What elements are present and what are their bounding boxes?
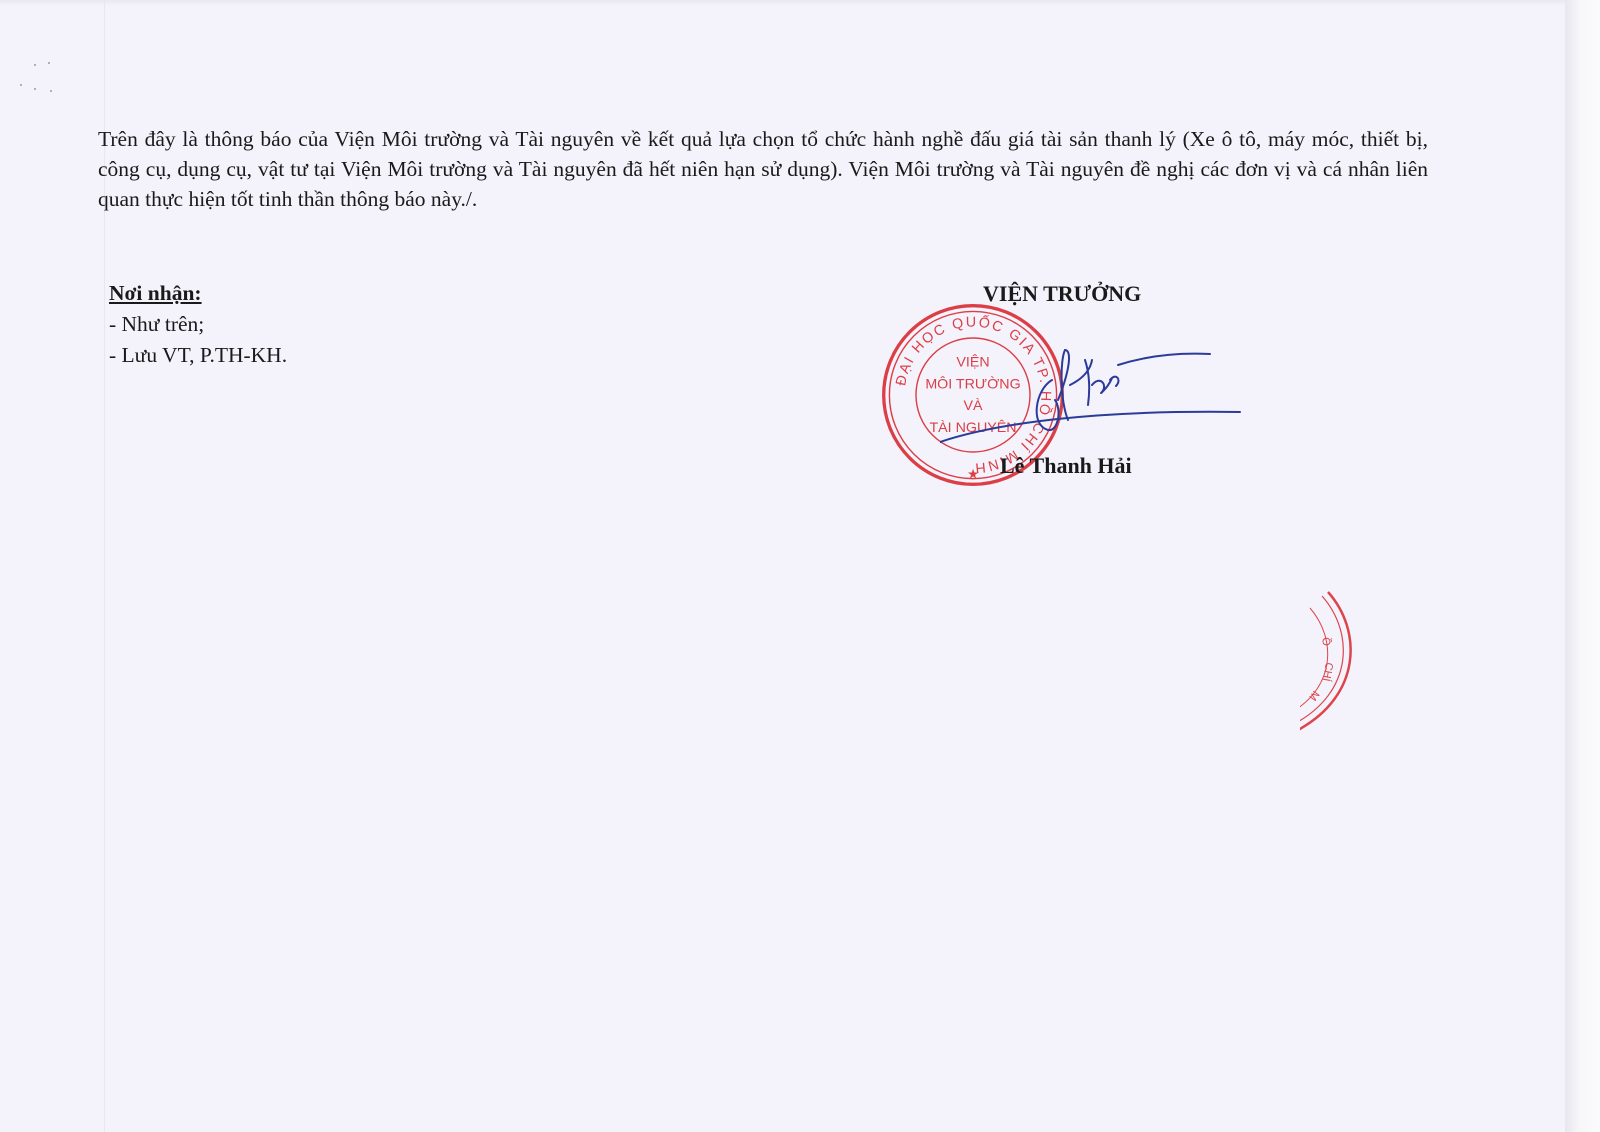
partial-stamp-icon: Ồ CHÍ M	[1300, 590, 1380, 740]
svg-text:Ồ: Ồ	[1319, 636, 1333, 647]
recipient-item: - Như trên;	[109, 309, 287, 340]
signer-name: Lê Thanh Hải	[1000, 453, 1132, 479]
svg-text:M: M	[1306, 688, 1321, 702]
body-paragraph: Trên đây là thông báo của Viện Môi trườn…	[98, 124, 1428, 214]
document-page: Trên đây là thông báo của Viện Môi trườn…	[0, 0, 1565, 1132]
scan-specks	[6, 58, 56, 98]
page-right-edge	[1565, 0, 1600, 1132]
page-top-edge	[0, 0, 1565, 6]
recipients-heading: Nơi nhận:	[109, 278, 287, 309]
recipient-item: - Lưu VT, P.TH-KH.	[109, 340, 287, 371]
recipients-block: Nơi nhận: - Như trên; - Lưu VT, P.TH-KH.	[109, 278, 287, 371]
svg-text:CHÍ: CHÍ	[1320, 661, 1336, 683]
svg-text:★: ★	[967, 467, 979, 482]
handwritten-signature-icon	[940, 330, 1260, 450]
